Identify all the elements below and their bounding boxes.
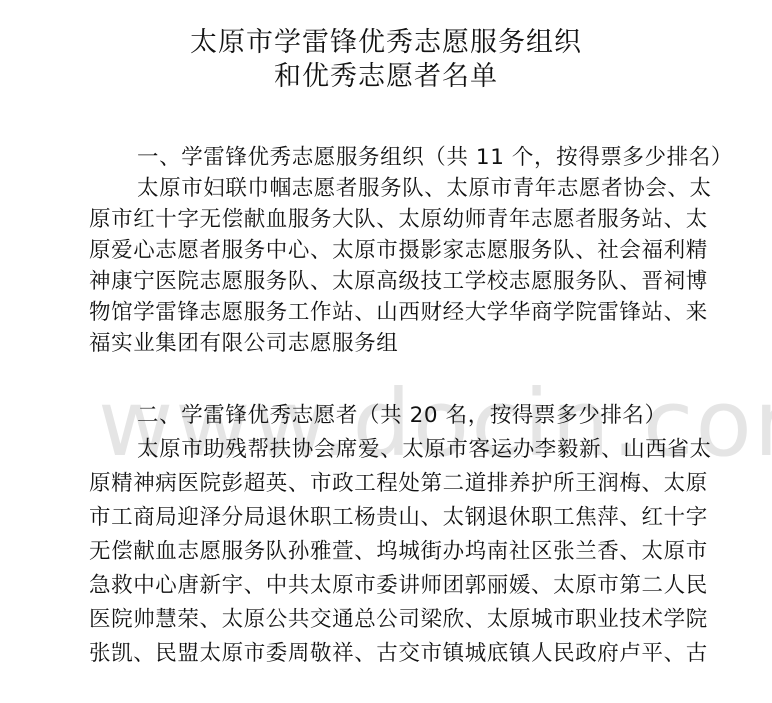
section2-line: 太原市助残帮扶协会席爱、太原市客运办李毅新、山西省太 (137, 434, 727, 465)
section1-heading: 一、学雷锋优秀志愿服务组织（共 11 个，按得票多少排名） (137, 142, 727, 173)
section2-heading: 二、学雷锋优秀志愿者（共 20 名，按得票多少排名） (137, 400, 727, 431)
section1-line: 原市红十字无偿献血服务大队、太原幼师青年志愿者服务站、太 (89, 204, 679, 235)
document-page: www.docin.com 太原市学雷锋优秀志愿服务组织 和优秀志愿者名单 一、… (0, 0, 772, 703)
section2-line: 急救中心唐新宇、中共太原市委讲师团郭丽媛、太原市第二人民 (89, 570, 679, 601)
section2-line: 无偿献血志愿服务队孙雅萱、坞城街办坞南社区张兰香、太原市 (89, 536, 679, 567)
section1-line: 原爱心志愿者服务中心、太原市摄影家志愿服务队、社会福利精 (89, 235, 679, 266)
section2-line: 原精神病医院彭超英、市政工程处第二道排养护所王润梅、太原 (89, 468, 679, 499)
document-title-line-2: 和优秀志愿者名单 (0, 60, 772, 94)
section1-line: 福实业集团有限公司志愿服务组 (89, 328, 679, 359)
document-title-line-1: 太原市学雷锋优秀志愿服务组织 (0, 26, 772, 60)
section2-line: 医院帅慧荣、太原公共交通总公司梁欣、太原城市职业技术学院 (89, 604, 679, 635)
section2-line: 市工商局迎泽分局退休职工杨贵山、太钢退休职工焦萍、红十字 (89, 502, 679, 533)
section2-line: 张凯、民盟太原市委周敬祥、古交市镇城底镇人民政府卢平、古 (89, 638, 679, 669)
section1-line: 物馆学雷锋志愿服务工作站、山西财经大学华商学院雷锋站、来 (89, 297, 679, 328)
section1-line: 神康宁医院志愿服务队、太原高级技工学校志愿服务队、晋祠博 (89, 266, 679, 297)
section1-line: 太原市妇联巾帼志愿者服务队、太原市青年志愿者协会、太 (137, 173, 727, 204)
